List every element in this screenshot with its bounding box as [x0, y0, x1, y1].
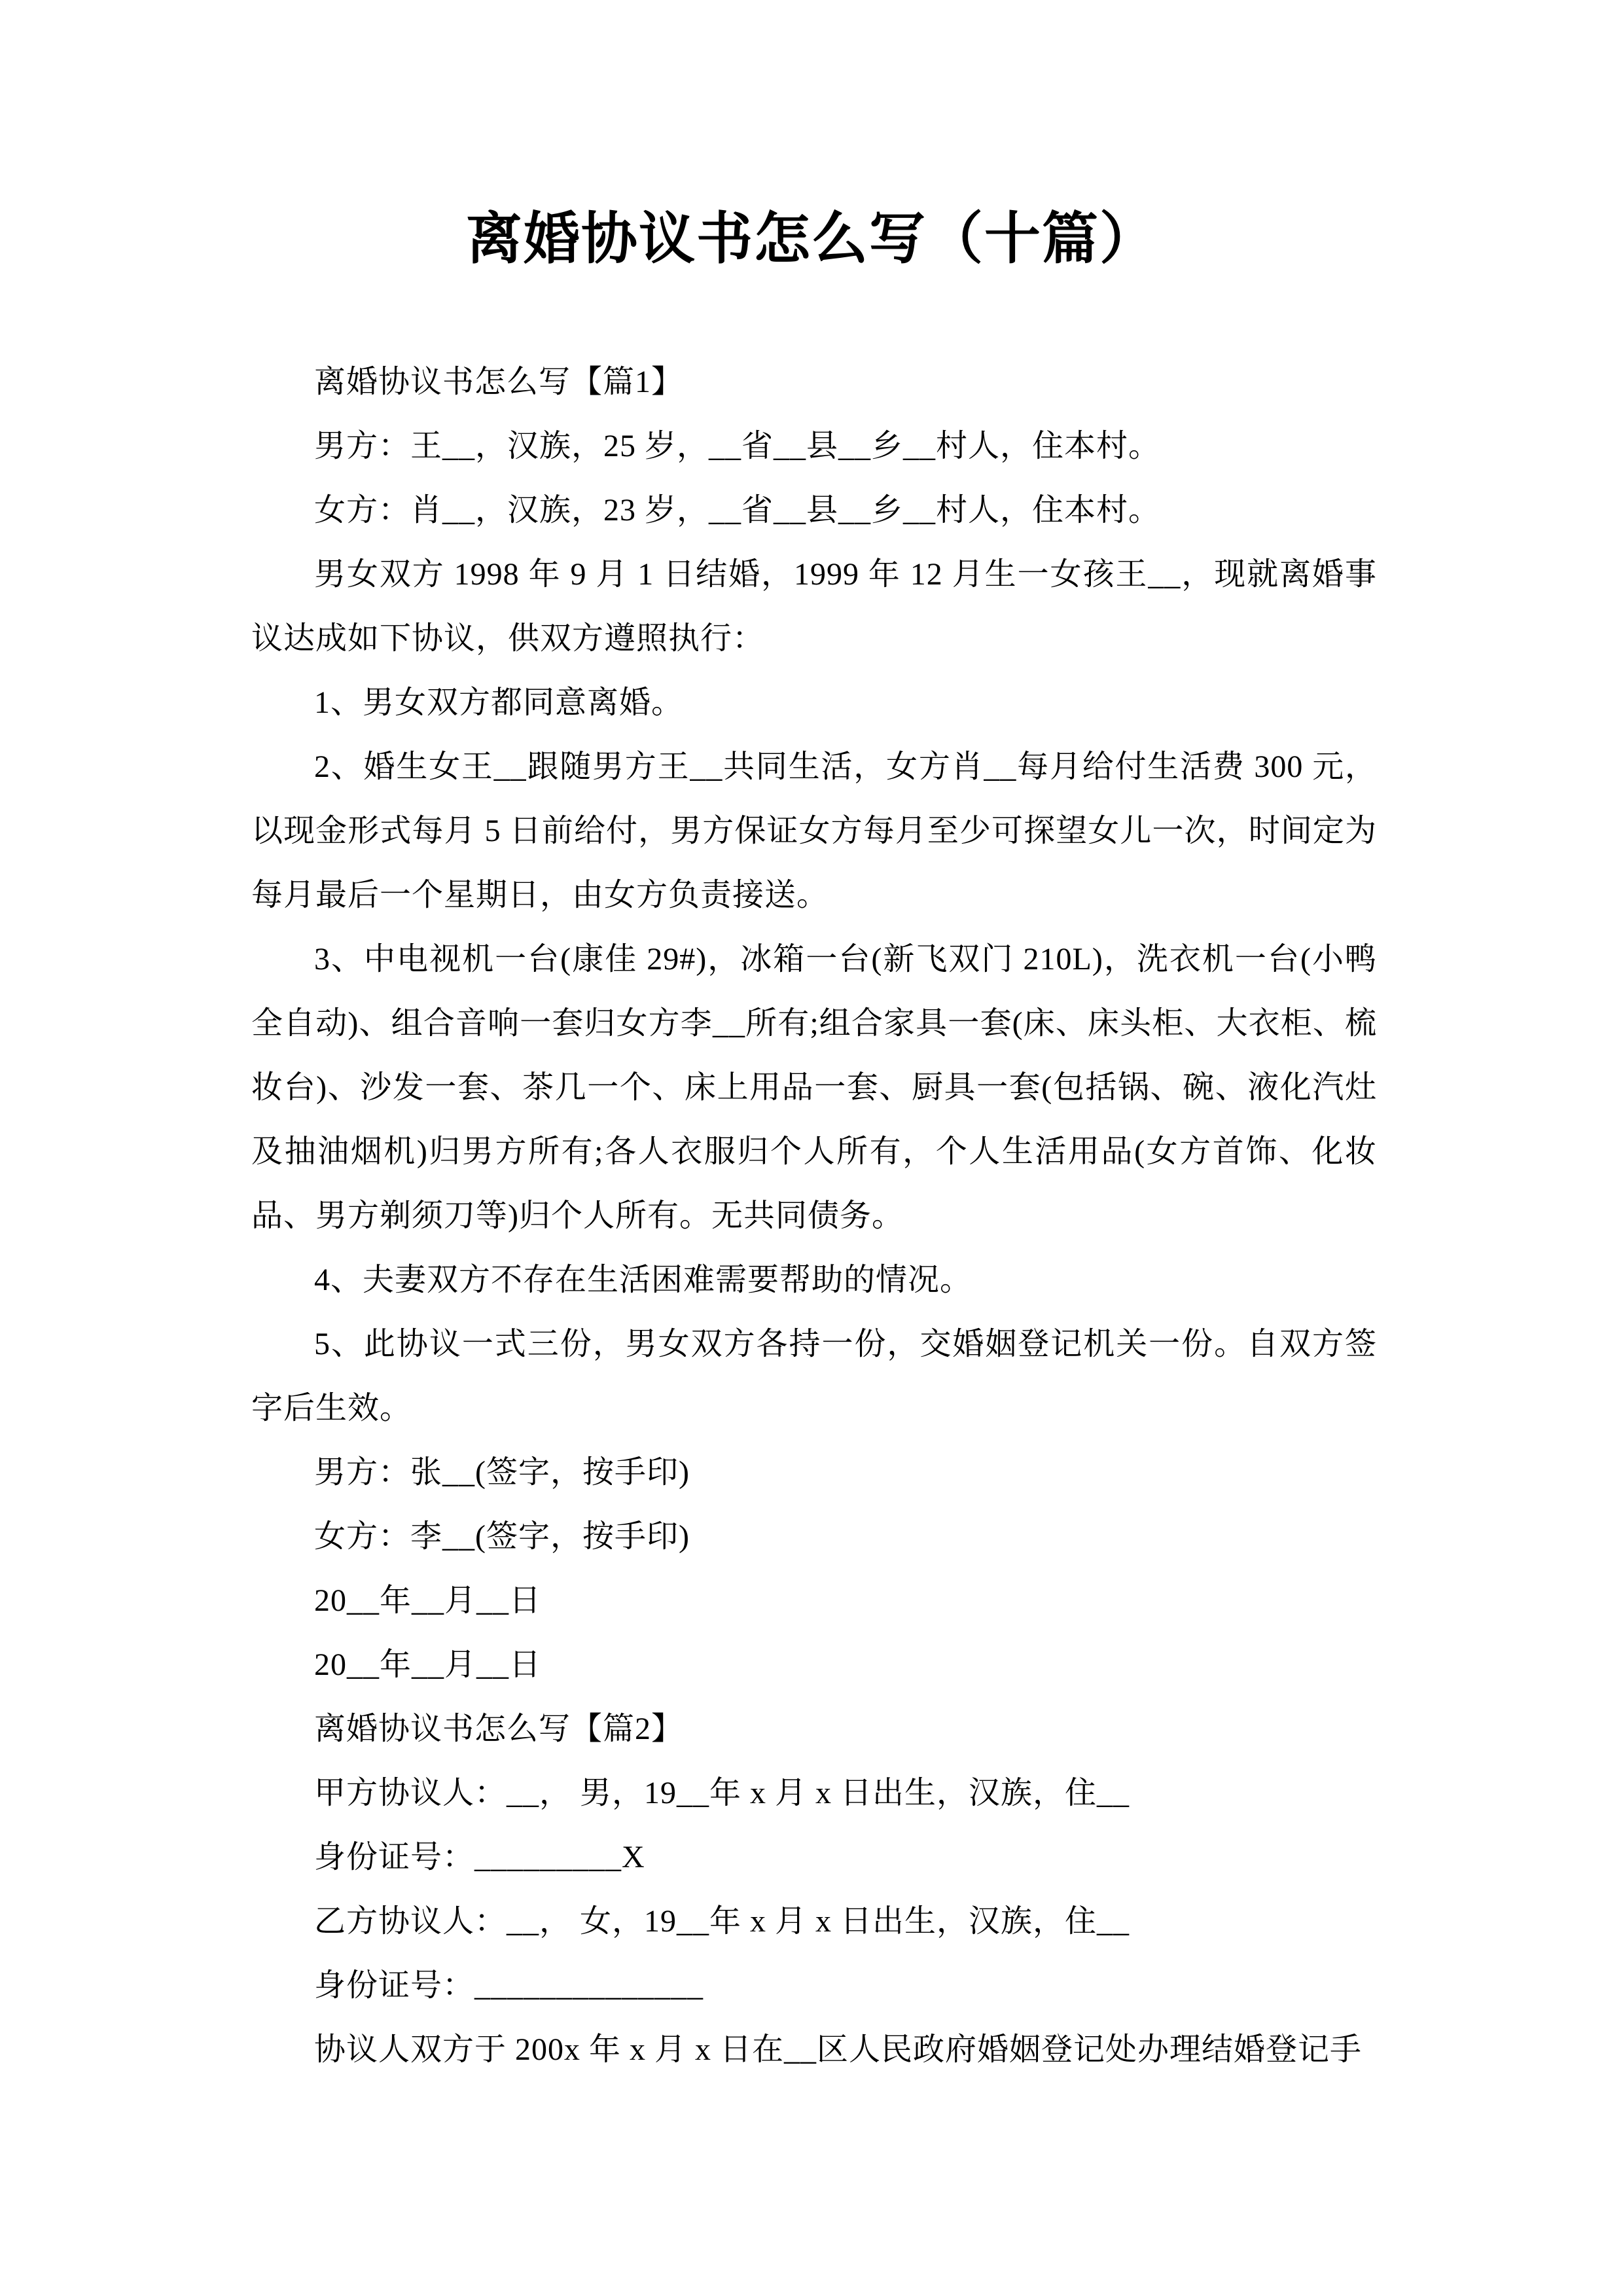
paragraph: 男方：王__，汉族，25 岁，__省__县__乡__村人，住本村。	[251, 414, 1377, 478]
paragraph: 女方：李__(签字，按手印)	[251, 1505, 1377, 1569]
paragraph: 协议人双方于 200x 年 x 月 x 日在__区人民政府婚姻登记处办理结婚登记…	[251, 2018, 1377, 2082]
paragraph: 男方：张__(签字，按手印)	[251, 1441, 1377, 1505]
paragraph: 男女双方 1998 年 9 月 1 日结婚，1999 年 12 月生一女孩王__…	[251, 543, 1377, 671]
paragraph: 离婚协议书怎么写【篇2】	[251, 1697, 1377, 1761]
document-page: 离婚协议书怎么写（十篇） 离婚协议书怎么写【篇1】男方：王__，汉族，25 岁，…	[0, 0, 1623, 2296]
document-body: 离婚协议书怎么写【篇1】男方：王__，汉族，25 岁，__省__县__乡__村人…	[251, 350, 1377, 2082]
paragraph: 5、此协议一式三份，男女双方各持一份，交婚姻登记机关一份。自双方签字后生效。	[251, 1312, 1377, 1441]
paragraph: 甲方协议人：__， 男，19__年 x 月 x 日出生，汉族，住__	[251, 1761, 1377, 1825]
paragraph: 4、夫妻双方不存在生活困难需要帮助的情况。	[251, 1248, 1377, 1312]
paragraph: 女方：肖__，汉族，23 岁，__省__县__乡__村人，住本村。	[251, 478, 1377, 543]
paragraph: 离婚协议书怎么写【篇1】	[251, 350, 1377, 414]
paragraph: 1、男女双方都同意离婚。	[251, 671, 1377, 735]
paragraph: 2、婚生女王__跟随男方王__共同生活，女方肖__每月给付生活费 300 元，以…	[251, 735, 1377, 927]
document-title: 离婚协议书怎么写（十篇）	[0, 203, 1623, 275]
paragraph: 20__年__月__日	[251, 1633, 1377, 1697]
paragraph: 身份证号：______________	[251, 1954, 1377, 2018]
paragraph: 乙方协议人：__， 女，19__年 x 月 x 日出生，汉族，住__	[251, 1890, 1377, 1954]
paragraph: 身份证号：_________X	[251, 1825, 1377, 1890]
paragraph: 20__年__月__日	[251, 1569, 1377, 1633]
paragraph: 3、中电视机一台(康佳 29#)，冰箱一台(新飞双门 210L)，洗衣机一台(小…	[251, 927, 1377, 1248]
